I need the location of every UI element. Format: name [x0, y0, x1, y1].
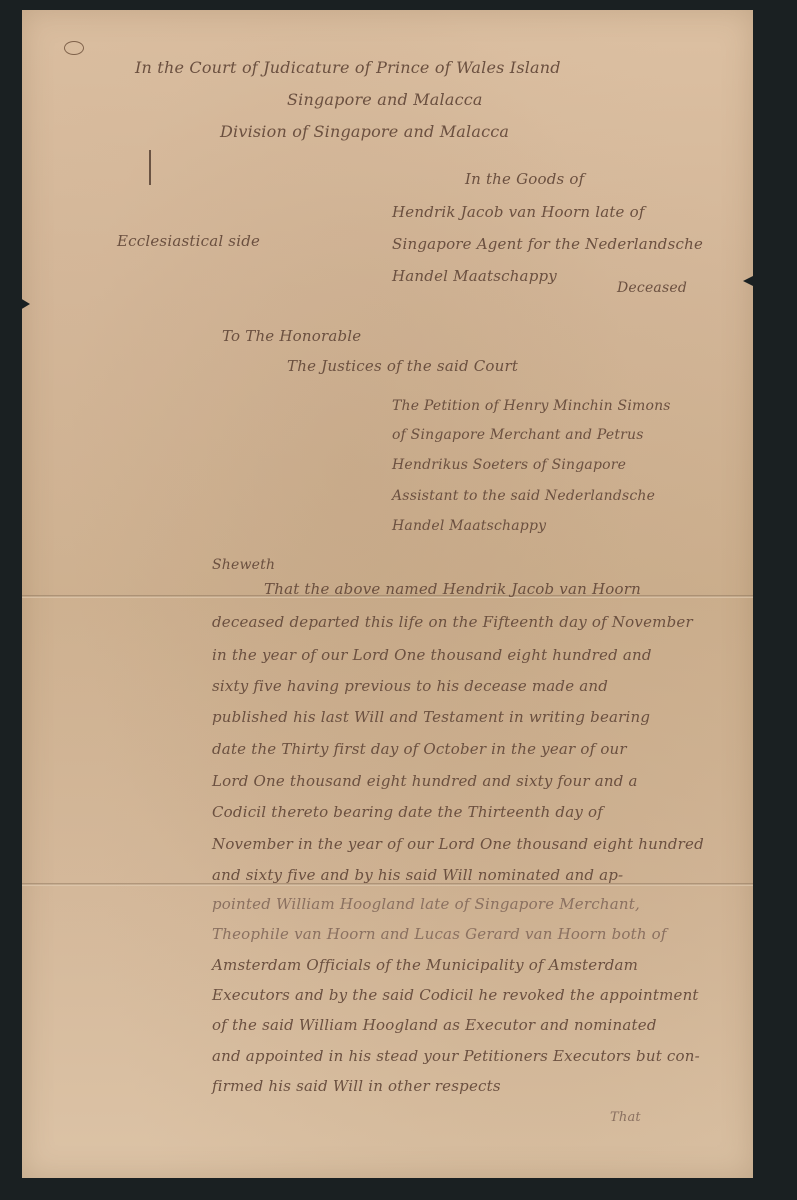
body-line: November in the year of our Lord One tho…	[212, 835, 704, 853]
petition-line-5: Handel Maatschappy	[392, 518, 546, 534]
body-line: Codicil thereto bearing date the Thirtee…	[212, 803, 603, 821]
body-line: date the Thirty first day of October in …	[212, 740, 627, 758]
deceased-label: Deceased	[617, 280, 687, 296]
goods-heading: In the Goods of	[465, 170, 584, 188]
body-line: Executors and by the said Codicil he rev…	[212, 986, 699, 1004]
petition-line-2: of Singapore Merchant and Petrus	[392, 427, 644, 443]
ink-mark	[149, 150, 151, 185]
court-title-line-2: Singapore and Malacca	[287, 90, 483, 109]
petition-line-3: Hendrikus Soeters of Singapore	[392, 457, 626, 473]
petition-line-4: Assistant to the said Nederlandsche	[392, 488, 655, 504]
body-line: in the year of our Lord One thousand eig…	[212, 646, 652, 664]
court-title: In the Court of Judicature of Prince of …	[135, 58, 561, 77]
body-line: of the said William Hoogland as Executor…	[212, 1016, 657, 1034]
petition-line-1: The Petition of Henry Minchin Simons	[392, 398, 671, 414]
body-line: firmed his said Will in other respects	[212, 1077, 501, 1095]
court-division: Division of Singapore and Malacca	[220, 122, 509, 141]
body-line: and appointed in his stead your Petition…	[212, 1047, 700, 1065]
body-line: published his last Will and Testament in…	[212, 708, 650, 726]
body-line: Amsterdam Officials of the Municipality …	[212, 956, 638, 974]
body-line: pointed William Hoogland late of Singapo…	[212, 895, 640, 913]
address-line-1: To The Honorable	[222, 327, 361, 345]
deceased-company: Handel Maatschappy	[392, 267, 557, 285]
punch-hole-mark	[64, 41, 84, 55]
paper-tear-left	[20, 298, 30, 310]
body-line: Theophile van Hoorn and Lucas Gerard van…	[212, 925, 667, 943]
body-line: and sixty five and by his said Will nomi…	[212, 866, 623, 884]
body-line: That the above named Hendrik Jacob van H…	[264, 580, 641, 598]
body-line: Lord One thousand eight hundred and sixt…	[212, 772, 638, 790]
document-page: In the Court of Judicature of Prince of …	[22, 10, 753, 1178]
body-line: deceased departed this life on the Fifte…	[212, 613, 693, 631]
side-label: Ecclesiastical side	[117, 232, 260, 250]
catchword: That	[610, 1110, 641, 1125]
paper-tear-right	[743, 275, 755, 287]
address-line-2: The Justices of the said Court	[287, 357, 518, 375]
sheweth-heading: Sheweth	[212, 557, 275, 573]
deceased-occupation: Singapore Agent for the Nederlandsche	[392, 235, 703, 253]
body-line: sixty five having previous to his deceas…	[212, 677, 608, 695]
deceased-name: Hendrik Jacob van Hoorn late of	[392, 203, 645, 221]
